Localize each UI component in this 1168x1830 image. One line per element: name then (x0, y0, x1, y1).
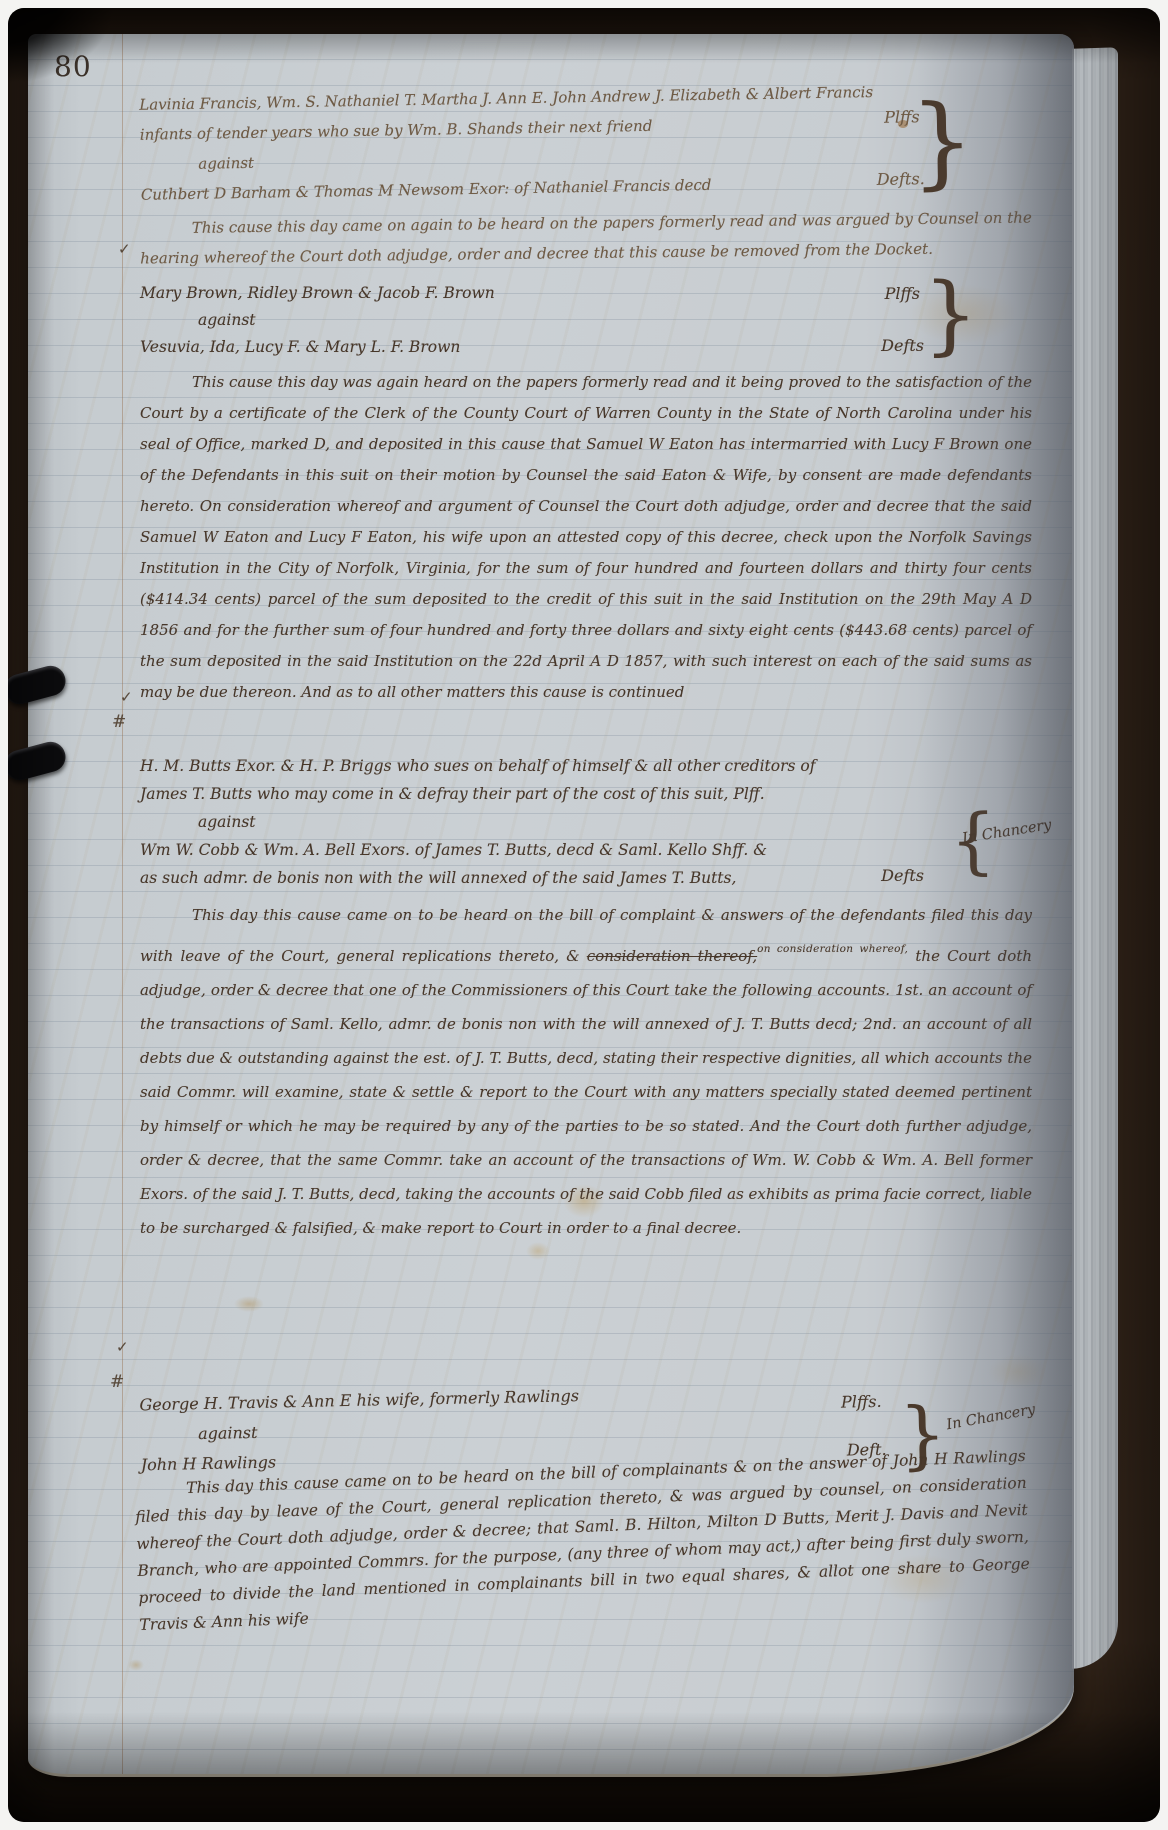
plaintiffs-role-label: Plffs (885, 280, 920, 307)
margin-rule (122, 34, 123, 1774)
record-book-photo: 80 Lavinia Francis, Wm. S. Nathaniel T. … (8, 8, 1160, 1822)
decree-text: This day this cause came on to be heard … (134, 1443, 1032, 1639)
against-label: against (198, 307, 842, 334)
case-caption: H. M. Butts Exor. & H. P. Briggs who sue… (140, 752, 1032, 892)
interlined-text: on consideration whereof, (757, 943, 908, 955)
case-caption: Mary Brown, Ridley Brown & Jacob F. Brow… (140, 280, 1032, 361)
defendants-role-label: Defts (881, 862, 924, 890)
check-mark-icon: ✓ (118, 240, 131, 258)
photo-backdrop: 80 Lavinia Francis, Wm. S. Nathaniel T. … (0, 0, 1168, 1830)
case-entry-travis: George H. Travis & Ann E his wife, forme… (140, 1381, 1032, 1639)
brace-icon: } (923, 272, 978, 358)
plaintiff-line: Mary Brown, Ridley Brown & Jacob F. Brow… (140, 280, 842, 307)
defendants-role-label: Defts (881, 332, 924, 359)
stain (128, 1659, 144, 1671)
defendant-line: Vesuvia, Ida, Lucy F. & Mary L. F. Brown (140, 334, 842, 361)
struck-out-text: consideration thereof, (587, 947, 757, 965)
decree-text: This cause this day came on again to be … (140, 203, 1033, 274)
brace-icon: } (910, 91, 975, 192)
page-fore-edge (1072, 47, 1118, 1669)
defendant-line: Wm W. Cobb & Wm. A. Bell Exors. of James… (140, 836, 842, 864)
hash-mark-icon: # (110, 1372, 124, 1392)
plaintiff-line: H. M. Butts Exor. & H. P. Briggs who sue… (140, 752, 842, 780)
decree-text: This day this cause came on to be heard … (140, 898, 1032, 1245)
plaintiffs-role-label: Plffs. (841, 1387, 882, 1418)
case-entry-butts: H. M. Butts Exor. & H. P. Briggs who sue… (140, 752, 1032, 1245)
hash-mark-icon: # (112, 712, 126, 732)
handwritten-content: Lavinia Francis, Wm. S. Nathaniel T. Mar… (140, 34, 1032, 1639)
decree-text-segment: the Court doth adjudge, order & decree t… (140, 947, 1032, 1237)
order-book-page: 80 Lavinia Francis, Wm. S. Nathaniel T. … (28, 34, 1074, 1777)
check-mark-icon: ✓ (116, 1338, 129, 1356)
check-mark-icon: ✓ (120, 688, 133, 706)
page-number: 80 (54, 50, 92, 83)
case-entry-brown: Mary Brown, Ridley Brown & Jacob F. Brow… (140, 280, 1032, 708)
against-label: against (198, 808, 842, 836)
decree-text: This cause this day was again heard on t… (140, 367, 1032, 708)
defendant-line: as such admr. de bonis non with the will… (140, 864, 842, 892)
case-caption: Lavinia Francis, Wm. S. Nathaniel T. Mar… (139, 74, 1033, 210)
plaintiff-line: James T. Butts who may come in & defray … (140, 780, 842, 808)
case-entry-francis: Lavinia Francis, Wm. S. Nathaniel T. Mar… (140, 82, 1032, 268)
chancery-label: In Chancery (944, 1395, 1038, 1440)
